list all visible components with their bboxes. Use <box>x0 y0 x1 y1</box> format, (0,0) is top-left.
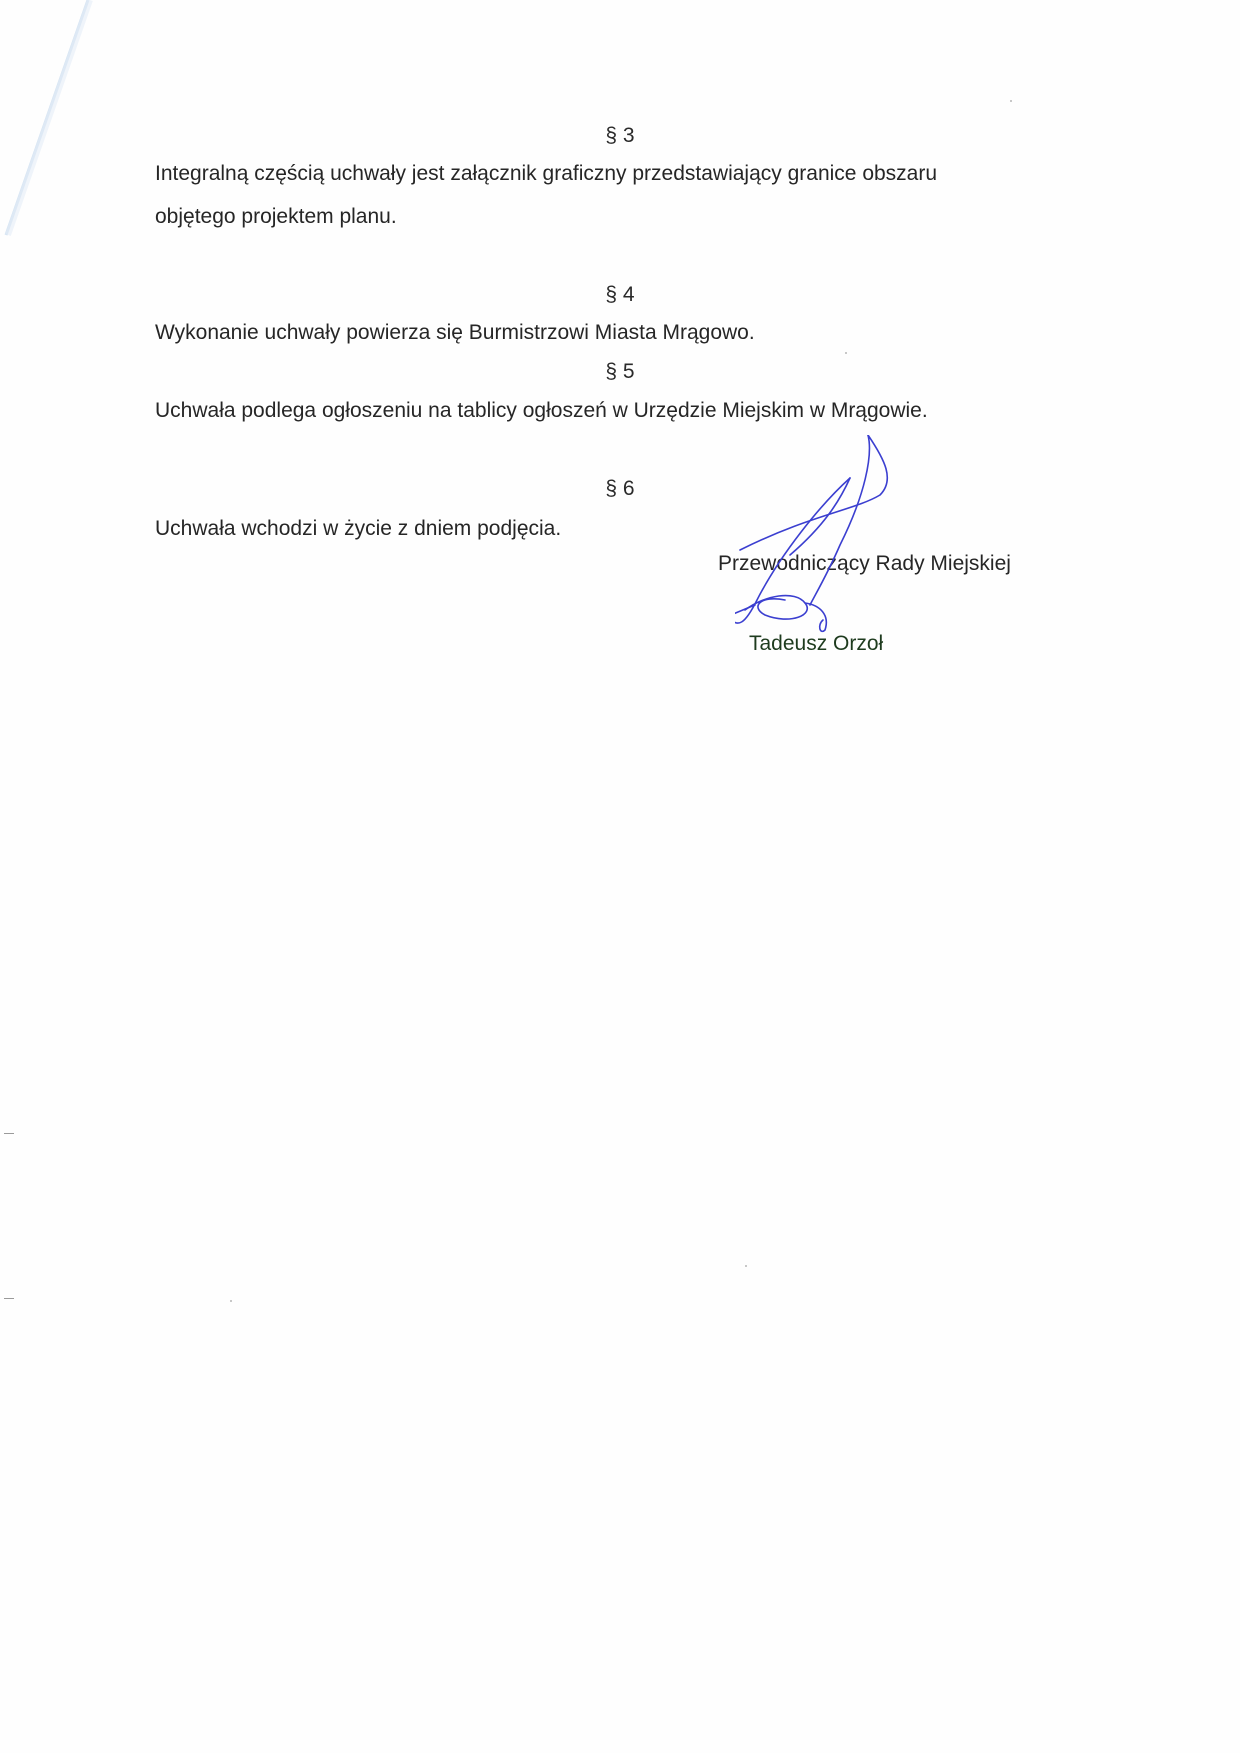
scan-speck <box>1010 100 1012 102</box>
section-mark-3: § 3 <box>0 124 1240 148</box>
signatory-title: Przewodniczący Rady Miejskiej <box>718 552 1011 576</box>
document-page: § 3 Integralną częścią uchwały jest załą… <box>0 0 1240 1753</box>
signatory-name: Tadeusz Orzoł <box>749 632 883 656</box>
section-5-text: Uchwała podlega ogłoszeniu na tablicy og… <box>155 389 928 432</box>
section-4-text: Wykonanie uchwały powierza się Burmistrz… <box>155 311 755 354</box>
section-mark-6: § 6 <box>0 477 1240 501</box>
scan-margin-mark <box>4 1298 14 1299</box>
scan-margin-mark <box>4 1133 14 1134</box>
section-mark-5: § 5 <box>0 360 1240 384</box>
scan-speck <box>845 352 847 354</box>
scan-edge-shadow <box>0 0 120 240</box>
section-6-text: Uchwała wchodzi w życie z dniem podjęcia… <box>155 507 561 550</box>
scan-speck <box>745 1265 747 1267</box>
scan-speck <box>230 1300 232 1302</box>
section-3-line-1: Integralną częścią uchwały jest załączni… <box>155 152 1083 195</box>
handwritten-signature-icon <box>735 435 965 655</box>
section-3-line-2: objętego projektem planu. <box>155 195 397 238</box>
section-mark-4: § 4 <box>0 283 1240 307</box>
